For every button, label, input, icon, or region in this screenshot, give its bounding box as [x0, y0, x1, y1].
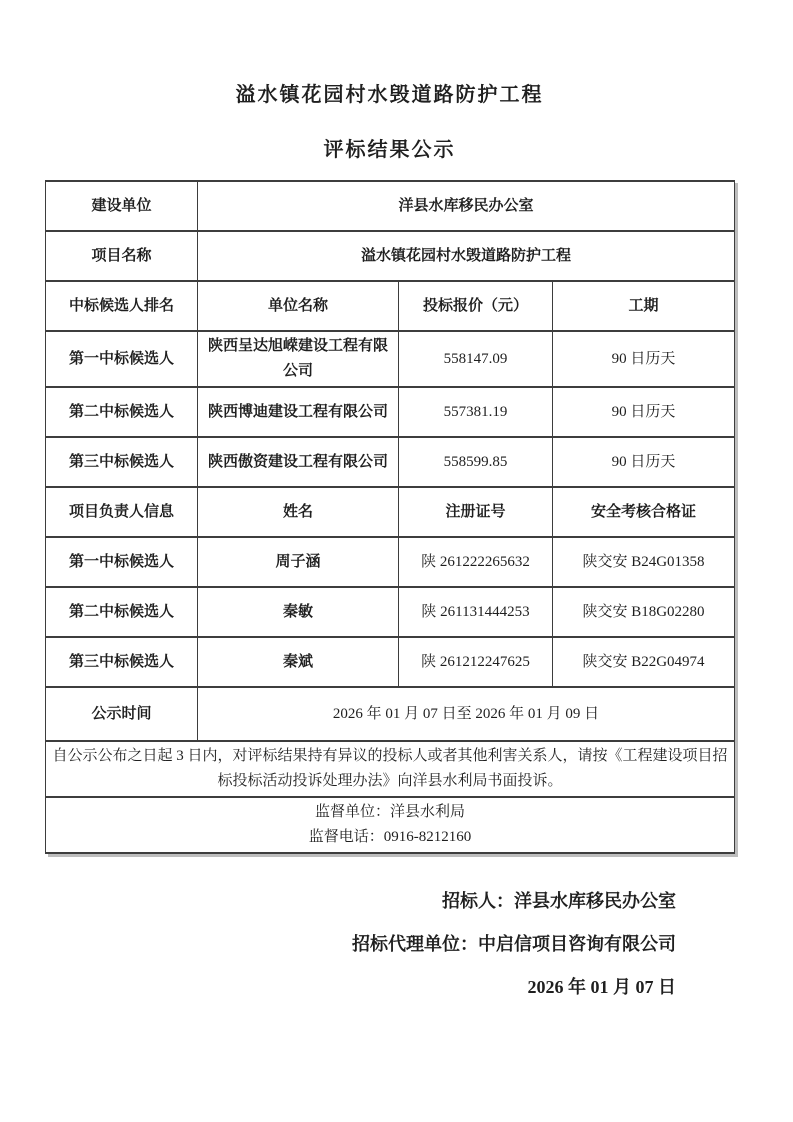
project-name-label: 项目名称	[46, 231, 198, 281]
manager-safety: 陕交安 B18G02280	[553, 587, 735, 637]
table-row-publicity-time: 公示时间 2026 年 01 月 07 日至 2026 年 01 月 09 日	[46, 687, 735, 741]
manager-header-name: 姓名	[198, 487, 399, 537]
document-page: 溢水镇花园村水毁道路防护工程 评标结果公示 建设单位 洋县水库移民办公室 项目名…	[45, 0, 734, 1009]
manager-name: 秦斌	[198, 637, 399, 687]
table-row-manager-1: 第一中标候选人 周子涵 陕 261222265632 陕交安 B24G01358	[46, 537, 735, 587]
manager-cert: 陕 261222265632	[399, 537, 553, 587]
manager-header-safety: 安全考核合格证	[553, 487, 735, 537]
manager-header-cert: 注册证号	[399, 487, 553, 537]
bid-price: 558147.09	[399, 331, 553, 387]
manager-header-row: 项目负责人信息 姓名 注册证号 安全考核合格证	[46, 487, 735, 537]
bid-company: 陕西呈达旭嵘建设工程有限公司	[198, 331, 399, 387]
manager-rank: 第二中标候选人	[46, 587, 198, 637]
agency-line: 招标代理单位：中启信项目咨询有限公司	[45, 923, 676, 966]
bid-company: 陕西博迪建设工程有限公司	[198, 387, 399, 437]
manager-safety: 陕交安 B22G04974	[553, 637, 735, 687]
manager-rank: 第一中标候选人	[46, 537, 198, 587]
bid-rank: 第二中标候选人	[46, 387, 198, 437]
table-row-bid-2: 第二中标候选人 陕西博迪建设工程有限公司 557381.19 90 日历天	[46, 387, 735, 437]
table-row-manager-2: 第二中标候选人 秦敏 陕 261131444253 陕交安 B18G02280	[46, 587, 735, 637]
bid-header-row: 中标候选人排名 单位名称 投标报价（元） 工期	[46, 281, 735, 331]
bid-rank: 第一中标候选人	[46, 331, 198, 387]
manager-safety: 陕交安 B24G01358	[553, 537, 735, 587]
bid-duration: 90 日历天	[553, 387, 735, 437]
table-row-bid-1: 第一中标候选人 陕西呈达旭嵘建设工程有限公司 558147.09 90 日历天	[46, 331, 735, 387]
construction-unit-label: 建设单位	[46, 181, 198, 231]
bid-company: 陕西傲资建设工程有限公司	[198, 437, 399, 487]
manager-name: 秦敏	[198, 587, 399, 637]
bid-price: 557381.19	[399, 387, 553, 437]
bid-header-duration: 工期	[553, 281, 735, 331]
manager-cert: 陕 261212247625	[399, 637, 553, 687]
bid-header-company: 单位名称	[198, 281, 399, 331]
document-title: 溢水镇花园村水毁道路防护工程	[45, 0, 734, 107]
project-name-value: 溢水镇花园村水毁道路防护工程	[198, 231, 735, 281]
table-row-notice: 自公示公布之日起 3 日内，对评标结果持有异议的投标人或者其他利害关系人，请按《…	[46, 741, 735, 797]
supervision-unit: 监督单位：洋县水利局	[52, 800, 728, 825]
bid-duration: 90 日历天	[553, 437, 735, 487]
manager-rank: 第三中标候选人	[46, 637, 198, 687]
table-row-supervision: 监督单位：洋县水利局 监督电话：0916-8212160	[46, 797, 735, 853]
document-subtitle: 评标结果公示	[45, 107, 734, 180]
supervision-cell: 监督单位：洋县水利局 监督电话：0916-8212160	[46, 797, 735, 853]
bid-header-rank: 中标候选人排名	[46, 281, 198, 331]
supervision-phone: 监督电话：0916-8212160	[52, 825, 728, 850]
bid-header-price: 投标报价（元）	[399, 281, 553, 331]
construction-unit-value: 洋县水库移民办公室	[198, 181, 735, 231]
table-row-construction-unit: 建设单位 洋县水库移民办公室	[46, 181, 735, 231]
publicity-time-label: 公示时间	[46, 687, 198, 741]
table-row-bid-3: 第三中标候选人 陕西傲资建设工程有限公司 558599.85 90 日历天	[46, 437, 735, 487]
bid-rank: 第三中标候选人	[46, 437, 198, 487]
manager-cert: 陕 261131444253	[399, 587, 553, 637]
bid-result-table: 建设单位 洋县水库移民办公室 项目名称 溢水镇花园村水毁道路防护工程 中标候选人…	[45, 180, 735, 854]
table-row-project-name: 项目名称 溢水镇花园村水毁道路防护工程	[46, 231, 735, 281]
tenderer-line: 招标人：洋县水库移民办公室	[45, 880, 676, 923]
bid-price: 558599.85	[399, 437, 553, 487]
publicity-time-value: 2026 年 01 月 07 日至 2026 年 01 月 09 日	[198, 687, 735, 741]
objection-notice: 自公示公布之日起 3 日内，对评标结果持有异议的投标人或者其他利害关系人，请按《…	[46, 741, 735, 797]
table-row-manager-3: 第三中标候选人 秦斌 陕 261212247625 陕交安 B22G04974	[46, 637, 735, 687]
date-line: 2026 年 01 月 07 日	[45, 966, 676, 1009]
bid-duration: 90 日历天	[553, 331, 735, 387]
manager-header-rank: 项目负责人信息	[46, 487, 198, 537]
signature-block: 招标人：洋县水库移民办公室 招标代理单位：中启信项目咨询有限公司 2026 年 …	[45, 880, 734, 1009]
manager-name: 周子涵	[198, 537, 399, 587]
